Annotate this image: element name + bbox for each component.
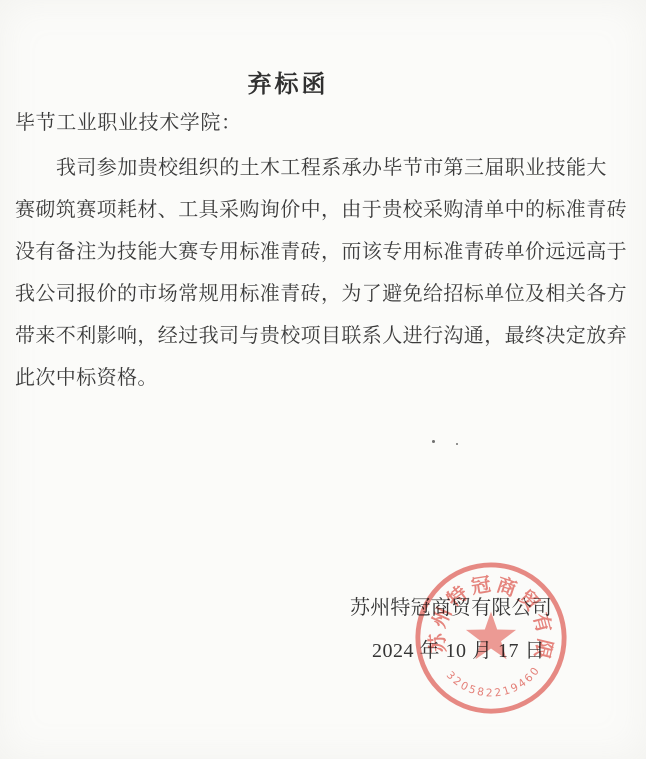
signature-date: 2024 年 10 月 17 日: [372, 634, 545, 663]
body-line: 我司参加贵校组织的土木工程系承办毕节市第三届职业技能大: [15, 147, 623, 189]
body-line: 此次中标资格。: [15, 357, 623, 399]
scan-noise-speck: [456, 443, 458, 445]
salutation-line: 毕节工业职业技术学院：: [15, 106, 242, 135]
body-line: 没有备注为技能大赛专用标准青砖，而该专用标准青砖单价远远高于: [15, 231, 623, 273]
body-line: 我公司报价的市场常规用标准青砖，为了避免给招标单位及相关各方: [15, 273, 623, 315]
seal-code-text: 3205822194600: [413, 560, 543, 699]
signature-company-name: 苏州特冠商贸有限公司: [350, 591, 552, 620]
svg-text:3205822194600: 3205822194600: [413, 560, 543, 699]
letter-title: 弃标函: [0, 64, 576, 99]
body-line: 赛砌筑赛项耗材、工具采购询价中，由于贵校采购清单中的标准青砖: [15, 189, 623, 231]
letter-page: 弃标函 毕节工业职业技术学院： 我司参加贵校组织的土木工程系承办毕节市第三届职业…: [0, 0, 646, 759]
scan-noise-speck: [432, 440, 435, 443]
body-line: 带来不利影响，经过我司与贵校项目联系人进行沟通，最终决定放弃: [15, 315, 623, 357]
letter-body: 我司参加贵校组织的土木工程系承办毕节市第三届职业技能大 赛砌筑赛项耗材、工具采购…: [15, 147, 623, 399]
